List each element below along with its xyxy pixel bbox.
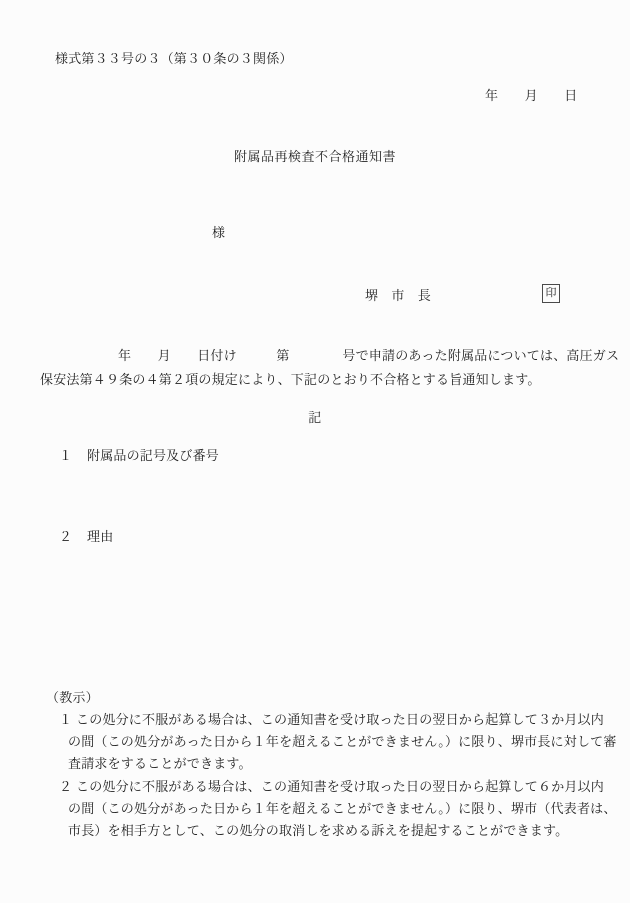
notice-item-2-number: ２ [59,778,72,795]
notice-item-1-line-1: この処分に不服がある場合は、この通知書を受け取った日の翌日から起算して３か月以内 [76,711,604,728]
seal-box: 印 [542,284,560,303]
notice-item-1-line-3: 査請求をすることができます。 [68,755,252,772]
date-line: 年 月 日 [485,87,577,104]
record-heading: 記 [0,409,630,426]
document-page: 様式第３３号の３（第３０条の３関係） 年 月 日 附属品再検査不合格通知書 様 … [0,0,630,903]
notice-item-1-number: １ [59,711,72,728]
item-1-label: 附属品の記号及び番号 [87,447,219,464]
body-line-1: 年 月 日付け 第 号で申請のあった附属品については、高圧ガス [118,347,619,364]
seal-label: 印 [546,288,557,299]
page-title: 附属品再検査不合格通知書 [0,148,630,165]
notice-item-2-line-2: の間（この処分があった日から１年を超えることができません。）に限り、堺市（代表者… [68,800,617,817]
body-line-2: 保安法第４９条の４第２項の規定により、下記のとおり不合格とする旨通知します。 [40,371,541,388]
addressee-honorific: 様 [212,224,225,241]
item-2-number: ２ [59,528,72,545]
notice-item-2-line-3: 市長）を相手方として、この処分の取消しを求める訴えを提起することができます。 [68,822,568,839]
item-1-number: １ [59,447,72,464]
sender-name: 堺 市 長 [365,287,431,304]
notice-heading: （教示） [46,689,99,706]
notice-item-1-line-2: の間（この処分があった日から１年を超えることができません。）に限り、堺市長に対し… [68,733,617,750]
notice-item-2-line-1: この処分に不服がある場合は、この通知書を受け取った日の翌日から起算して６か月以内 [76,778,604,795]
form-number: 様式第３３号の３（第３０条の３関係） [55,50,293,67]
item-2-label: 理由 [87,528,113,545]
